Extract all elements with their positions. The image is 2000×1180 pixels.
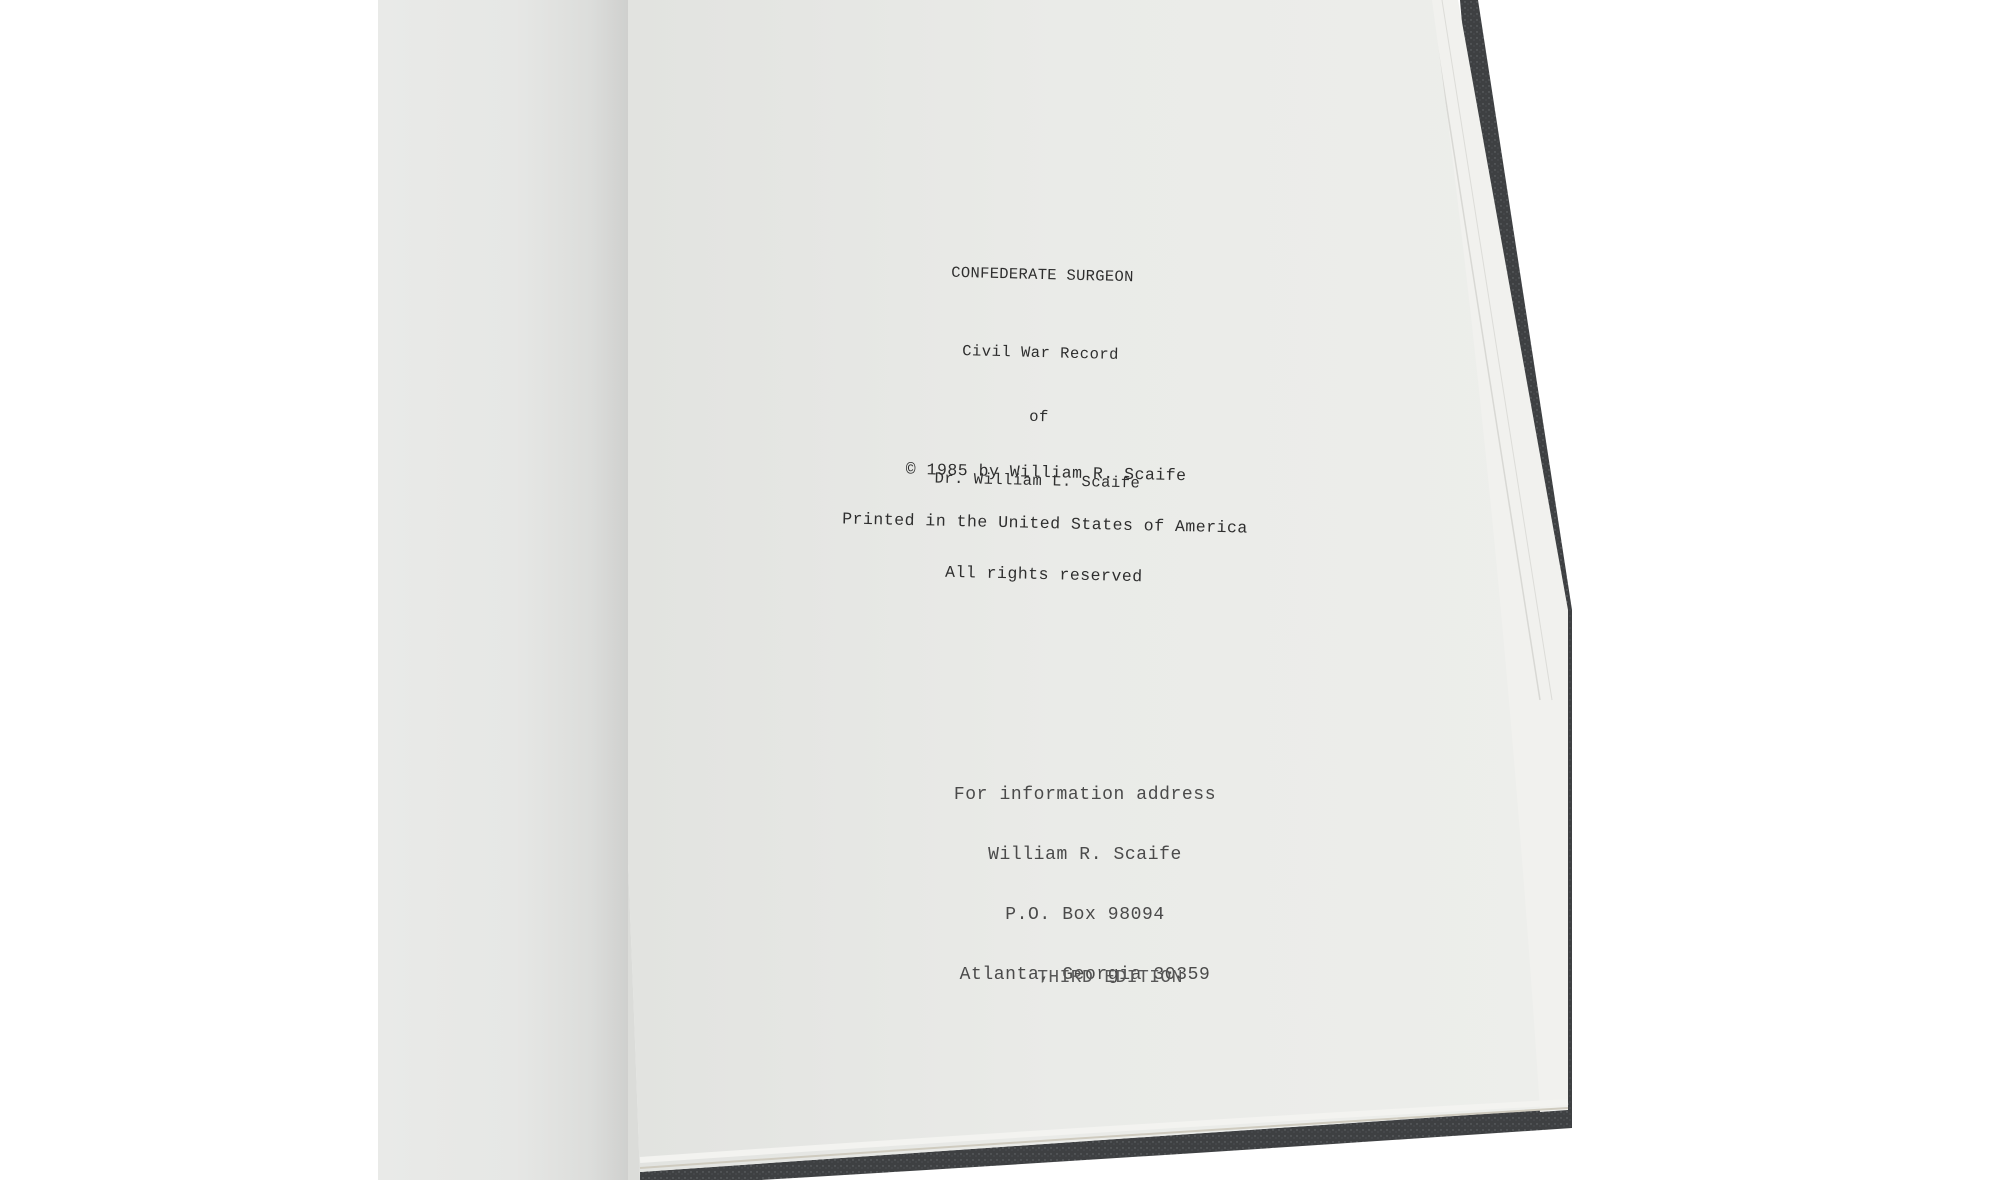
subtitle-line: of [899, 406, 1179, 429]
copyright-block: © 1985 by William R. Scaife Printed in t… [803, 425, 1287, 623]
copyright-line: Printed in the United States of America [805, 510, 1285, 538]
address-line: P.O. Box 98094 [935, 905, 1235, 925]
book-photo: CONFEDERATE SURGEON Civil War Record of … [0, 0, 2000, 1180]
subtitle-line: Civil War Record [900, 342, 1180, 365]
copyright-line: © 1985 by William R. Scaife [806, 459, 1286, 487]
address-line: William R. Scaife [935, 845, 1235, 865]
book-title: CONFEDERATE SURGEON [902, 260, 1183, 291]
left-blank-page [378, 0, 628, 1180]
address-line: For information address [935, 785, 1235, 805]
edition-label: THIRD EDITION [1000, 968, 1220, 988]
copyright-line: All rights reserved [804, 561, 1284, 589]
